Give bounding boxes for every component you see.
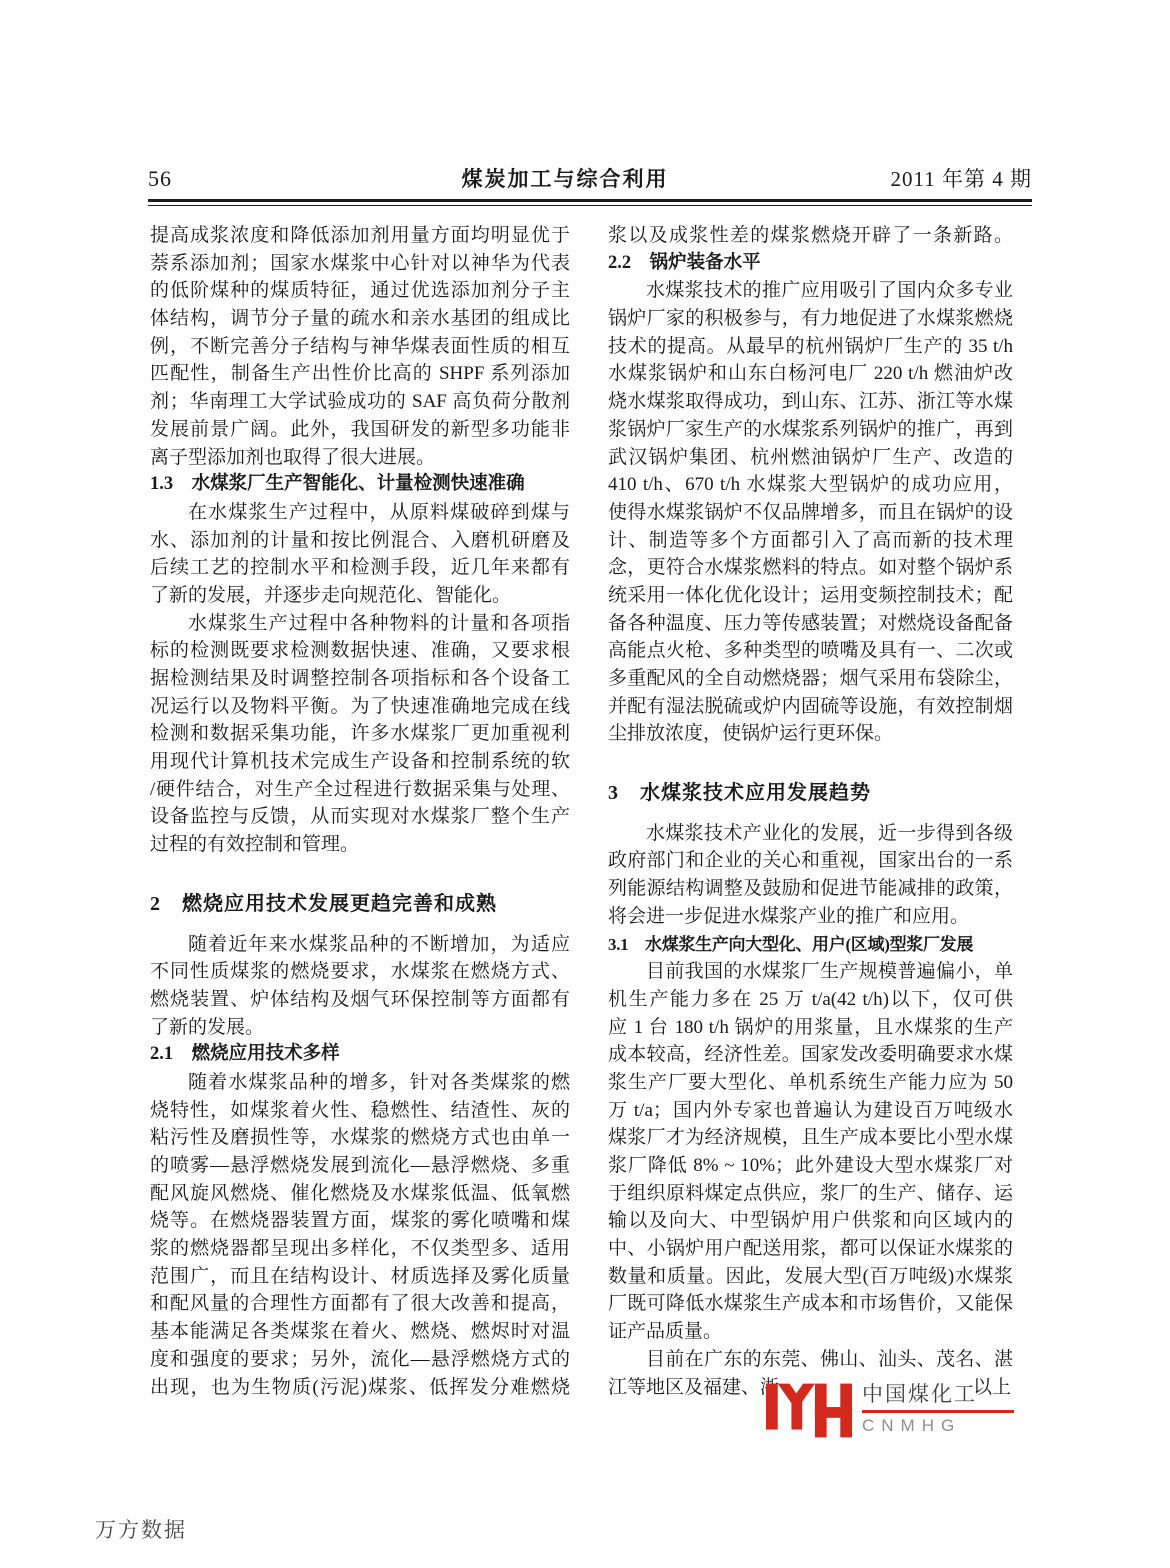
text-line: 萘系添加剂；国家水煤浆中心针对以神华为代表	[150, 250, 570, 278]
text-line: 了新的发展。	[150, 1014, 570, 1042]
section-heading: 2 燃烧应用技术发展更趋完善和成熟	[150, 891, 570, 919]
text-line: 烧等。在燃烧器装置方面，煤浆的雾化喷嘴和煤	[150, 1207, 570, 1235]
text-line: 万 t/a；国内外专家也普遍认为建设百万吨级水	[608, 1097, 1013, 1125]
text-line: 煤浆厂才为经济规模，且生产成本要比小型水煤	[608, 1124, 1013, 1152]
text-line: 应 1 台 180 t/h 锅炉的用浆量，且水煤浆的生产	[608, 1014, 1013, 1042]
text-line: 中、小锅炉用户配送用浆，都可以保证水煤浆的	[608, 1235, 1013, 1263]
subsection-heading: 2.2 锅炉装备水平	[608, 250, 1013, 278]
text-line: 水煤浆生产过程中各种物料的计量和各项指	[150, 610, 570, 638]
text-line: 浆锅炉厂家生产的水煤浆系列锅炉的推广，再到	[608, 416, 1013, 444]
journal-page: 56 煤炭加工与综合利用 2011 年第 4 期 提高成浆浓度和降低添加剂用量方…	[0, 0, 1170, 1568]
text-line: 水煤浆技术产业化的发展，近一步得到各级	[608, 820, 1013, 848]
text-line: 水煤浆技术的推广应用吸引了国内众多专业	[608, 277, 1013, 305]
text-line: 高能点火枪、多种类型的喷嘴及具有一、二次或	[608, 637, 1013, 665]
text-line: 烧特性，如煤浆着火性、稳燃性、结渣性、灰的	[150, 1097, 570, 1125]
text-line: 政府部门和企业的关心和重视，国家出台的一系	[608, 847, 1013, 875]
text-line: 成本较高，经济性差。国家发改委明确要求水煤	[608, 1041, 1013, 1069]
text-line: 将会进一步促进水煤浆产业的推广和应用。	[608, 903, 1013, 931]
text-line: 备各种温度、压力等传感装置；对燃烧设备配备	[608, 610, 1013, 638]
text-line: 水、添加剂的计量和按比例混合、入磨机研磨及	[150, 527, 570, 555]
text-line: 计、制造等多个方面都引入了高而新的技术理	[608, 527, 1013, 555]
text-line: 检测和数据采集功能，许多水煤浆厂更加重视利	[150, 720, 570, 748]
text-line: 例，不断完善分子结构与神华煤表面性质的相互	[150, 333, 570, 361]
text-line: 浆的燃烧器都呈现出多样化，不仅类型多、适用	[150, 1235, 570, 1263]
text-line: 剂；华南理工大学试验成功的 SAF 高负荷分散剂	[150, 388, 570, 416]
text-line: 配风旋风燃烧、催化燃烧及水煤浆低温、低氧燃	[150, 1180, 570, 1208]
page-number: 56	[148, 166, 268, 192]
right-column-text: 浆以及成浆性差的煤浆燃烧开辟了一条新路。2.2 锅炉装备水平水煤浆技术的推广应用…	[608, 222, 1013, 1401]
text-line: 匹配性，制备生产出性价比高的 SHPF 系列添加	[150, 360, 570, 388]
cnmhg-watermark: 中国煤化工 CNMHG	[766, 1378, 1026, 1448]
cnmhg-cn-label: 中国煤化工	[862, 1378, 1014, 1408]
text-line: 离子型添加剂也取得了很大进展。	[150, 444, 570, 472]
text-line: 用现代计算机技术完成生产设备和控制系统的软	[150, 748, 570, 776]
cnmhg-en-label: CNMHG	[862, 1416, 1014, 1436]
text-line: 基本能满足各类煤浆在着火、燃烧、燃烬时对温	[150, 1318, 570, 1346]
text-line: 过程的有效控制和管理。	[150, 831, 570, 859]
text-line: 并配有湿法脱硫或炉内固硫等设施，有效控制烟	[608, 693, 1013, 721]
subsection-heading: 1.3 水煤浆厂生产智能化、计量检测快速准确	[150, 471, 570, 499]
text-line: 统采用一体化优化设计；运用变频控制技术；配	[608, 582, 1013, 610]
text-line: 机生产能力多在 25 万 t/a(42 t/h)以下，仅可供	[608, 986, 1013, 1014]
text-line: 随着近年来水煤浆品种的不断增加，为适应	[150, 931, 570, 959]
text-line: 目前我国的水煤浆厂生产规模普遍偏小，单	[608, 958, 1013, 986]
text-line: 烧水煤浆取得成功，到山东、江苏、浙江等水煤	[608, 388, 1013, 416]
text-line: 尘排放浓度，使锅炉运行更环保。	[608, 720, 1013, 748]
text-line: 设备监控与反馈，从而实现对水煤浆厂整个生产	[150, 803, 570, 831]
text-line: 技术的提高。从最早的杭州锅炉厂生产的 35 t/h	[608, 333, 1013, 361]
page-header: 56 煤炭加工与综合利用 2011 年第 4 期	[148, 163, 1032, 206]
text-line: 标的检测既要求检测数据快速、准确，又要求根	[150, 637, 570, 665]
text-line: 不同性质煤浆的燃烧要求，水煤浆在燃烧方式、	[150, 958, 570, 986]
text-line: 后续工艺的控制水平和检测手段，近几年来都有	[150, 554, 570, 582]
text-line: 输以及向大、中型锅炉用户供浆和向区域内的	[608, 1207, 1013, 1235]
header-rule-thick	[148, 199, 1032, 202]
text-line: 随着水煤浆品种的增多，针对各类煤浆的燃	[150, 1069, 570, 1097]
issue-label: 2011 年第 4 期	[862, 163, 1032, 193]
journal-title: 煤炭加工与综合利用	[268, 163, 862, 193]
header-rule-thin	[148, 205, 1032, 206]
text-line: 数量和质量。因此，发展大型(百万吨级)水煤浆	[608, 1263, 1013, 1291]
text-line: 范围广，而且在结构设计、材质选择及雾化质量	[150, 1263, 570, 1291]
left-column-text: 提高成浆浓度和降低添加剂用量方面均明显优于萘系添加剂；国家水煤浆中心针对以神华为…	[150, 222, 570, 1401]
text-line: 发展前景广阔。此外，我国研发的新型多功能非	[150, 416, 570, 444]
text-line: 出现，也为生物质(污泥)煤浆、低挥发分难燃烧	[150, 1374, 570, 1402]
text-line: 水煤浆锅炉和山东白杨河电厂 220 t/h 燃油炉改	[608, 360, 1013, 388]
text-line: 度和强度的要求；另外，流化—悬浮燃烧方式的	[150, 1346, 570, 1374]
text-line: 浆生产厂要大型化、单机系统生产能力应为 50	[608, 1069, 1013, 1097]
text-line: 况运行以及物料平衡。为了快速准确地完成在线	[150, 693, 570, 721]
text-line: 于组织原料煤定点供应，浆厂的生产、储存、运	[608, 1180, 1013, 1208]
text-line: 武汉锅炉集团、杭州燃油锅炉厂生产、改造的	[608, 444, 1013, 472]
text-line: 提高成浆浓度和降低添加剂用量方面均明显优于	[150, 222, 570, 250]
wanfang-scan-mark: 万方数据	[95, 1514, 187, 1544]
text-line: 使得水煤浆锅炉不仅品牌增多，而且在锅炉的设	[608, 499, 1013, 527]
text-line: 的喷雾—悬浮燃烧发展到流化—悬浮燃烧、多重	[150, 1152, 570, 1180]
text-line: 据检测结果及时调整控制各项指标和各个设备工	[150, 665, 570, 693]
text-line: 厂既可降低水煤浆生产成本和市场售价，又能保	[608, 1290, 1013, 1318]
subsection-heading: 3.1 水煤浆生产向大型化、用户(区域)型浆厂发展	[608, 931, 1013, 959]
text-line: 和配风量的合理性方面都有了很大改善和提高，	[150, 1290, 570, 1318]
text-line: 燃烧装置、炉体结构及烟气环保控制等方面都有	[150, 986, 570, 1014]
text-line: 粘污性及磨损性等，水煤浆的燃烧方式也由单一	[150, 1124, 570, 1152]
text-line: 410 t/h、670 t/h 水煤浆大型锅炉的成功应用，	[608, 471, 1013, 499]
text-line: 念，更符合水煤浆燃料的特点。如对整个锅炉系	[608, 554, 1013, 582]
text-line: 列能源结构调整及鼓励和促进节能减排的政策，	[608, 875, 1013, 903]
text-line: 在水煤浆生产过程中，从原料煤破碎到煤与	[150, 499, 570, 527]
text-line: 锅炉厂家的积极参与，有力地促进了水煤浆燃烧	[608, 305, 1013, 333]
text-line: 体结构，调节分子量的疏水和亲水基团的组成比	[150, 305, 570, 333]
text-line: 证产品质量。	[608, 1318, 1013, 1346]
text-line: 浆以及成浆性差的煤浆燃烧开辟了一条新路。	[608, 222, 1013, 250]
section-heading: 3 水煤浆技术应用发展趋势	[608, 780, 1013, 808]
cnmhg-underline	[862, 1410, 1014, 1413]
text-line: 的低阶煤种的煤质特征，通过优选添加剂分子主	[150, 277, 570, 305]
text-line: 目前在广东的东莞、佛山、汕头、茂名、湛	[608, 1346, 1013, 1374]
text-line: /硬件结合，对生产全过程进行数据采集与处理、	[150, 776, 570, 804]
cnmhg-watermark-text: 中国煤化工 CNMHG	[862, 1378, 1014, 1436]
text-line: 浆厂降低 8% ~ 10%；此外建设大型水煤浆厂对	[608, 1152, 1013, 1180]
subsection-heading: 2.1 燃烧应用技术多样	[150, 1041, 570, 1069]
cnmhg-logo-icon	[766, 1380, 854, 1440]
text-line: 了新的发展，并逐步走向规范化、智能化。	[150, 582, 570, 610]
text-line: 多重配风的全自动燃烧器；烟气采用布袋除尘，	[608, 665, 1013, 693]
